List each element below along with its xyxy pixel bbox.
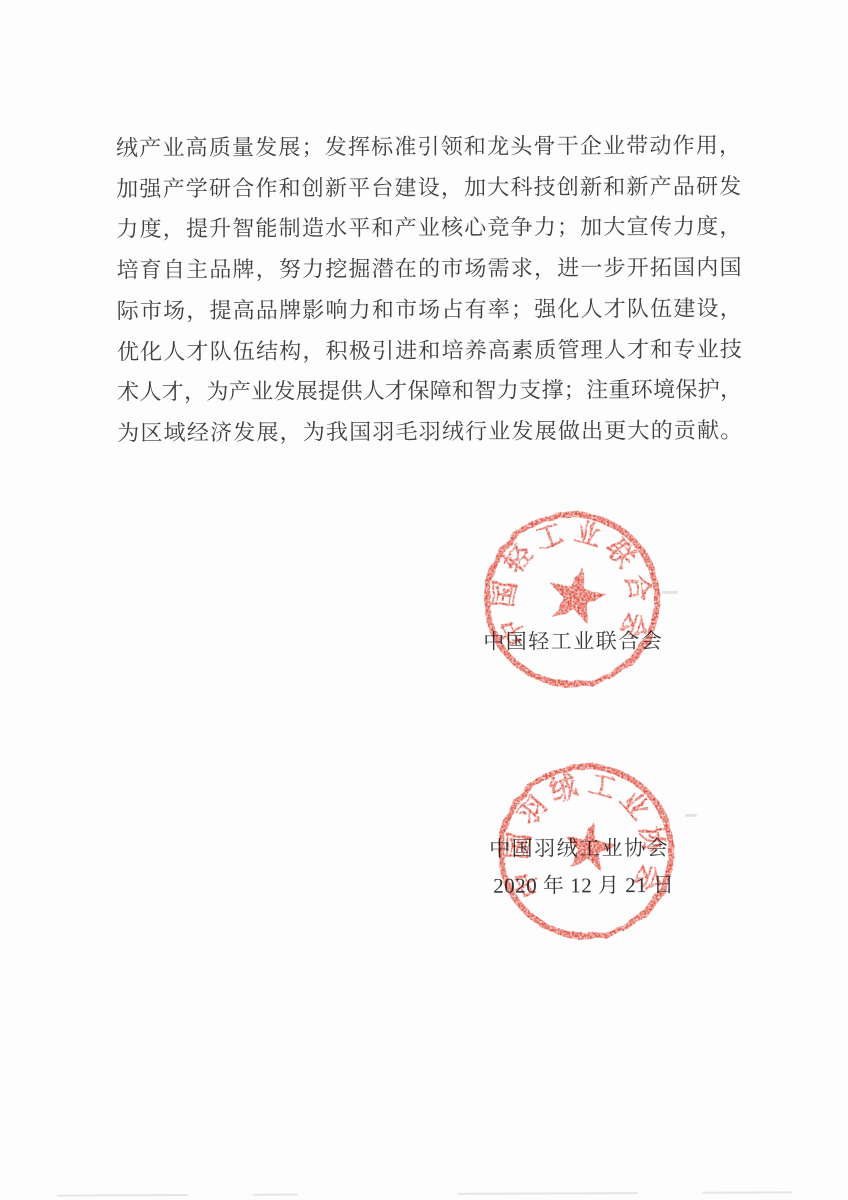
paragraph-line: 优化人才队伍结构，积极引进和培养高素质管理人才和专业技 <box>117 329 742 372</box>
official-seal-down-industry-association: 中国羽绒工业协会 <box>486 751 687 952</box>
document-content: 绒产业高质量发展；发挥标准引领和龙头骨干企业带动作用， 加强产学研合作和创新平台… <box>0 0 848 1200</box>
scan-artifact <box>58 1194 188 1197</box>
star-icon <box>542 561 611 628</box>
paragraph-line: 为区域经济发展，为我国羽毛羽绒行业发展做出更大的贡献。 <box>117 411 742 454</box>
star-icon <box>560 818 618 874</box>
scan-artifact <box>662 591 678 594</box>
scan-artifact <box>458 1192 638 1195</box>
paragraph-line: 术人才，为产业发展提供人才保障和智力支撑；注重环境保护， <box>117 370 742 413</box>
official-seal-light-industry-council: 中国轻工业联合会 <box>472 499 673 700</box>
scan-artifact <box>253 1194 298 1196</box>
paragraph-line: 绒产业高质量发展；发挥标准引领和龙头骨干企业带动作用， <box>116 126 741 169</box>
scanned-document-page: 绒产业高质量发展；发挥标准引领和龙头骨干企业带动作用， 加强产学研合作和创新平台… <box>0 0 848 1200</box>
paragraph-line: 加强产学研合作和创新平台建设，加大科技创新和新产品研发 <box>116 166 741 209</box>
scan-artifact <box>703 1191 793 1193</box>
paragraph-line: 培育自主品牌，努力挖掘潜在的市场需求，进一步开拓国内国 <box>116 248 741 291</box>
scan-artifact <box>685 814 697 817</box>
body-paragraph: 绒产业高质量发展；发挥标准引领和龙头骨干企业带动作用， 加强产学研合作和创新平台… <box>116 126 742 454</box>
paragraph-line: 际市场，提高品牌影响力和市场占有率；强化人才队伍建设， <box>117 288 742 331</box>
paragraph-line: 力度，提升智能制造水平和产业核心竞争力；加大宣传力度， <box>116 207 741 250</box>
